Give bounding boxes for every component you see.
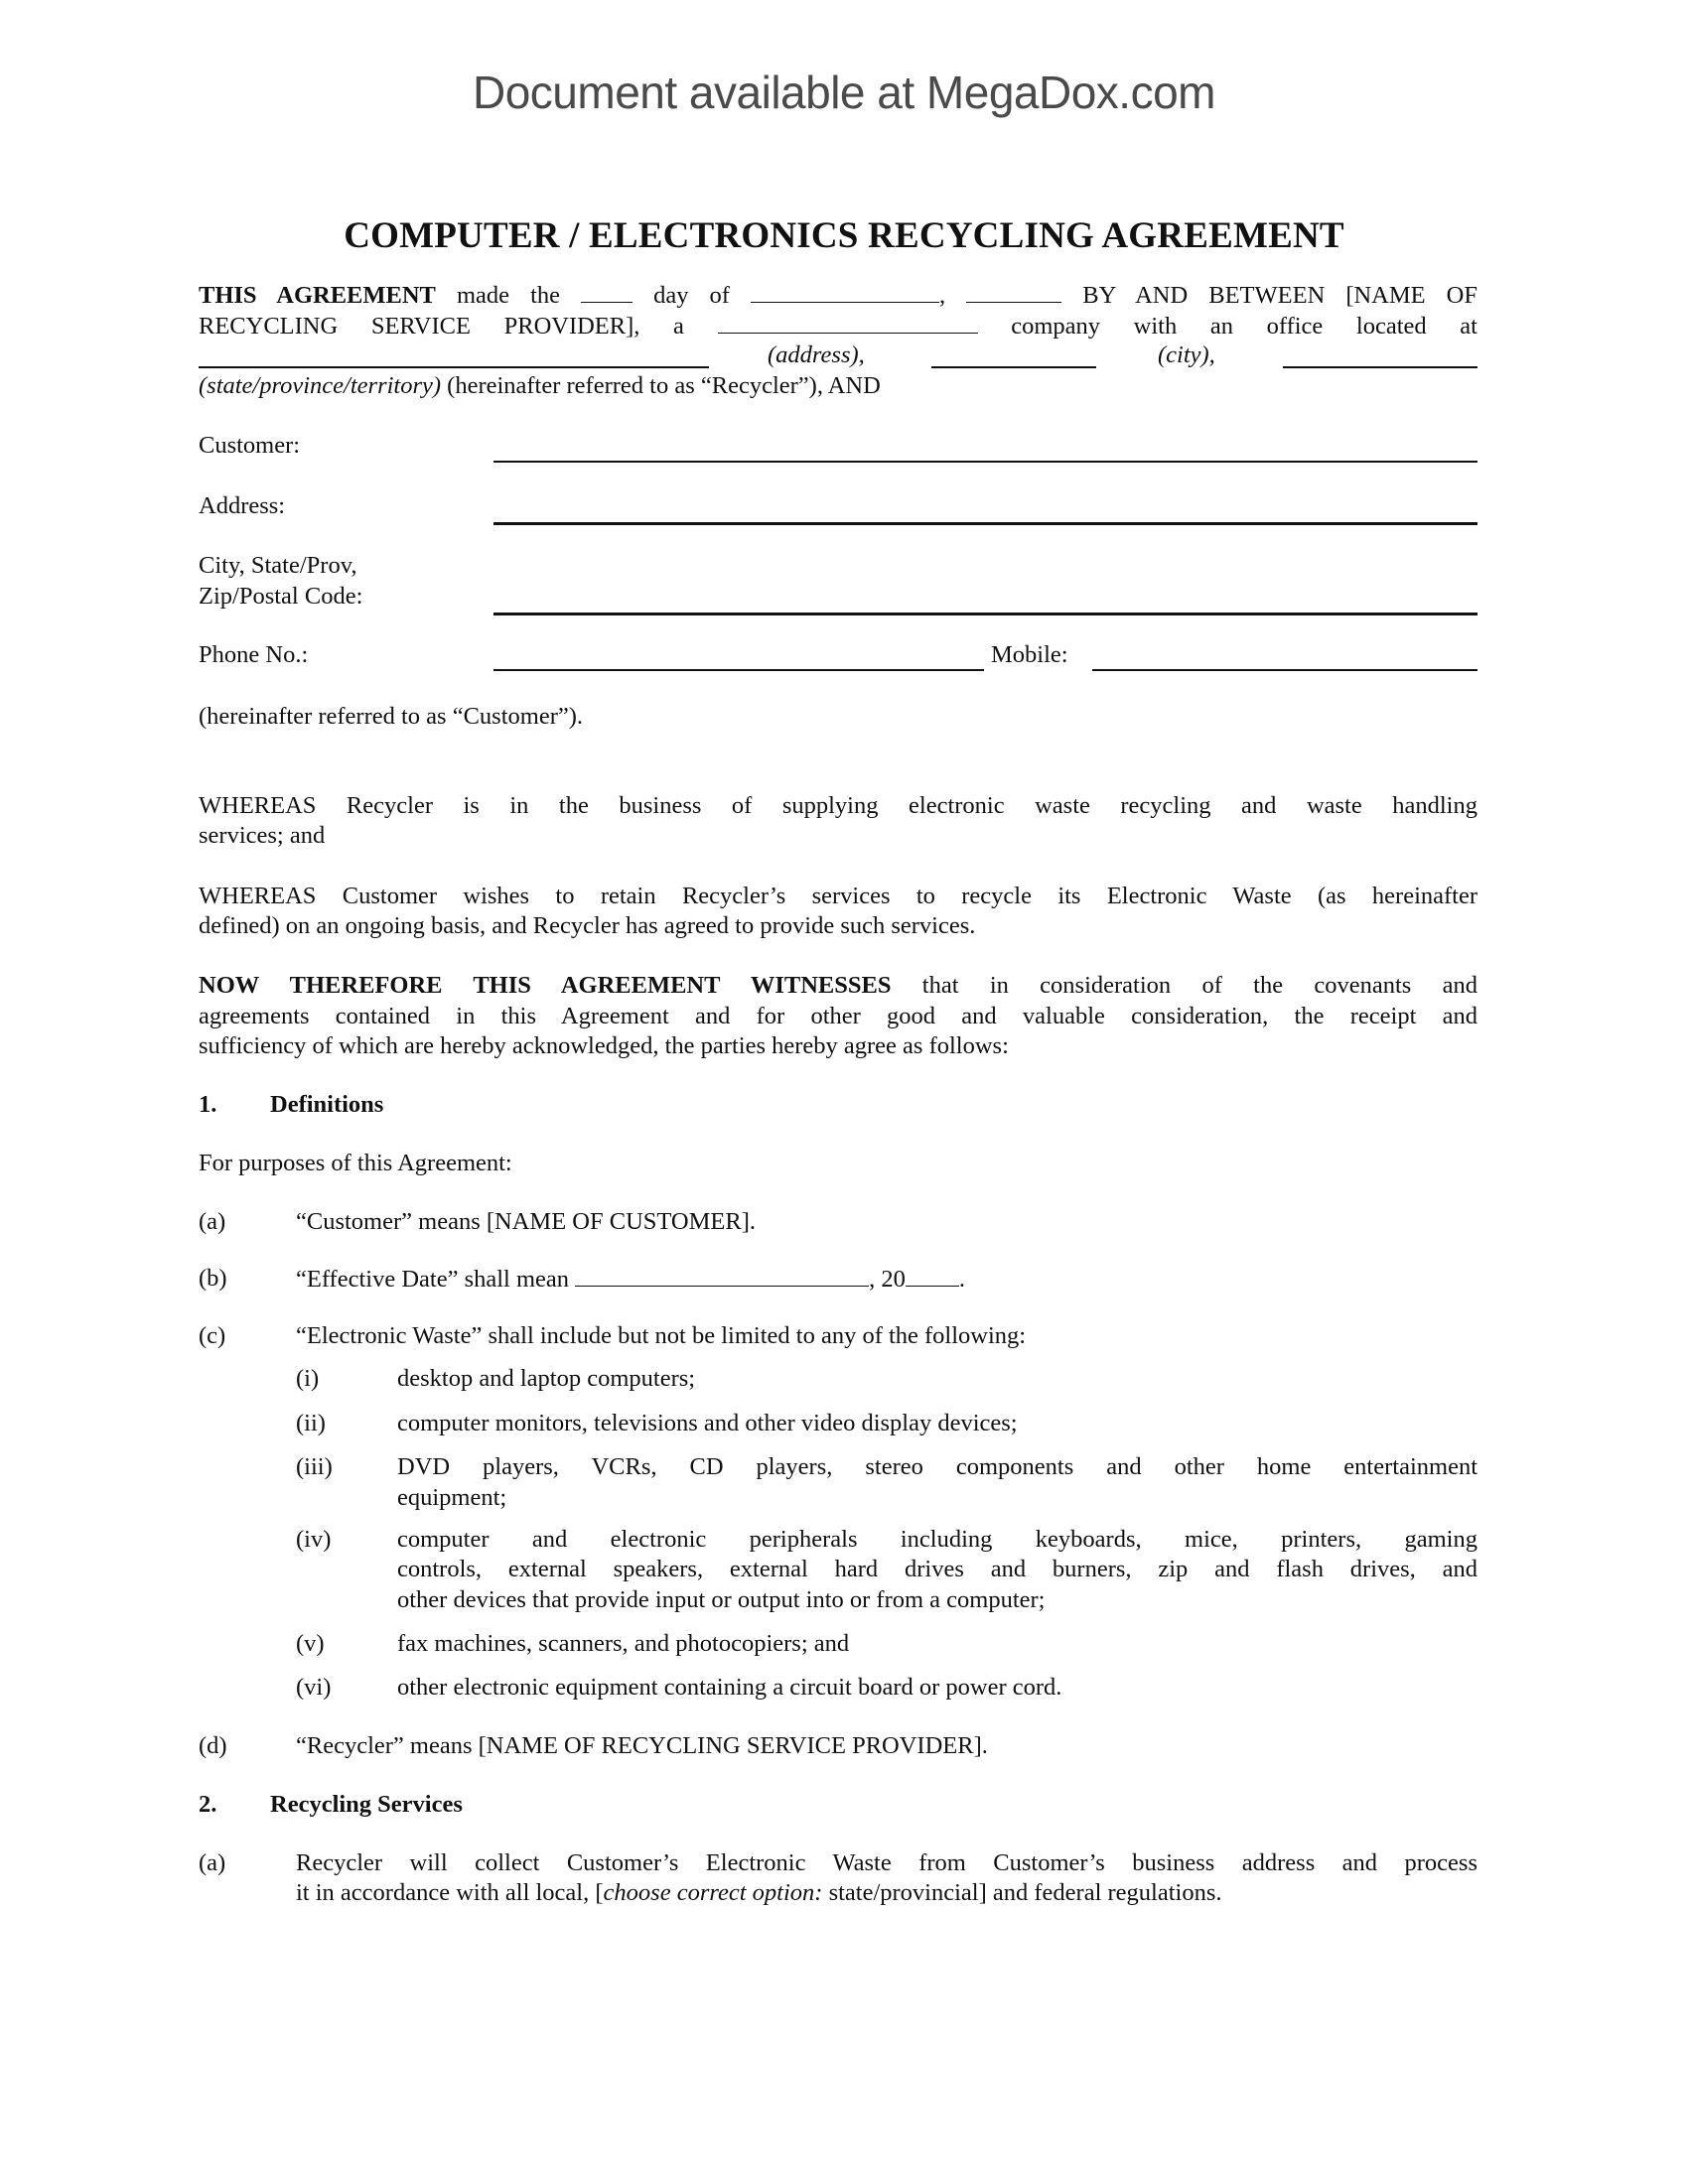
subitem-v-label: (v)	[296, 1629, 325, 1659]
definition-a-text: “Customer” means [NAME OF CUSTOMER].	[296, 1207, 756, 1237]
month-blank[interactable]	[751, 280, 939, 303]
city-blank[interactable]	[931, 366, 1096, 368]
subitem-vi-label: (vi)	[296, 1673, 331, 1703]
address-hint: (address),	[768, 341, 865, 370]
effective-year-blank[interactable]	[906, 1264, 959, 1287]
year-blank[interactable]	[966, 280, 1061, 303]
intro-line-2: RECYCLING SERVICE PROVIDER], a company w…	[199, 311, 1477, 341]
intro-line-4: (state/province/territory) (hereinafter …	[199, 371, 881, 401]
subitem-iii-line-2: equipment;	[397, 1483, 506, 1513]
city-state-zip-field[interactable]	[493, 613, 1477, 615]
address-blank[interactable]	[199, 366, 709, 368]
subitem-ii-text: computer monitors, televisions and other…	[397, 1409, 1018, 1438]
section-2-number: 2.	[199, 1790, 216, 1820]
mobile-label: Mobile:	[991, 640, 1068, 670]
mobile-field[interactable]	[1092, 669, 1477, 671]
subitem-ii-label: (ii)	[296, 1409, 326, 1438]
whereas-2-line-1: WHEREAS Customer wishes to retain Recycl…	[199, 882, 1477, 911]
definition-c-label: (c)	[199, 1321, 225, 1351]
address-label: Address:	[199, 491, 285, 521]
effective-date-blank[interactable]	[575, 1264, 869, 1287]
address-field[interactable]	[493, 522, 1477, 525]
service-a-line-2: it in accordance with all local, [choose…	[296, 1878, 1222, 1908]
section-2-heading: Recycling Services	[270, 1790, 463, 1820]
definition-a-label: (a)	[199, 1207, 225, 1237]
state-hint: (state/province/territory)	[199, 372, 441, 399]
subitem-iv-line-2: controls, external speakers, external ha…	[397, 1555, 1477, 1584]
intro-lead: THIS AGREEMENT	[199, 282, 436, 309]
subitem-iii-line-1: DVD players, VCRs, CD players, stereo co…	[397, 1452, 1477, 1482]
now-therefore-lead: NOW THEREFORE THIS AGREEMENT WITNESSES	[199, 972, 892, 999]
phone-label: Phone No.:	[199, 640, 308, 670]
megadox-watermark: Document available at MegaDox.com	[0, 66, 1688, 119]
whereas-1-line-2: services; and	[199, 821, 325, 851]
definition-d-label: (d)	[199, 1731, 227, 1761]
definitions-intro: For purposes of this Agreement:	[199, 1149, 512, 1178]
definition-b-text: “Effective Date” shall mean , 20.	[296, 1264, 965, 1294]
option-instruction: choose correct option:	[604, 1879, 823, 1906]
customer-field[interactable]	[493, 461, 1477, 463]
subitem-vi-text: other electronic equipment containing a …	[397, 1673, 1061, 1703]
city-state-label: City, State/Prov,	[199, 551, 356, 581]
service-a-label: (a)	[199, 1848, 225, 1878]
subitem-iv-line-3: other devices that provide input or outp…	[397, 1585, 1046, 1615]
subitem-iv-line-1: computer and electronic peripherals incl…	[397, 1525, 1477, 1555]
subitem-iv-label: (iv)	[296, 1525, 331, 1555]
whereas-2-line-2: defined) on an ongoing basis, and Recycl…	[199, 911, 975, 941]
section-1-number: 1.	[199, 1090, 216, 1120]
subitem-iii-label: (iii)	[296, 1452, 333, 1482]
subitem-i-label: (i)	[296, 1364, 319, 1394]
subitem-v-text: fax machines, scanners, and photocopiers…	[397, 1629, 849, 1659]
section-1-heading: Definitions	[270, 1090, 383, 1120]
city-hint: (city),	[1158, 341, 1215, 370]
jurisdiction-blank[interactable]	[718, 311, 978, 334]
service-a-line-1: Recycler will collect Customer’s Electro…	[296, 1848, 1477, 1878]
day-blank[interactable]	[581, 280, 633, 303]
whereas-1-line-1: WHEREAS Recycler is in the business of s…	[199, 791, 1477, 821]
definition-c-text: “Electronic Waste” shall include but not…	[296, 1321, 1026, 1351]
zip-postal-label: Zip/Postal Code:	[199, 582, 362, 612]
state-blank[interactable]	[1283, 366, 1477, 368]
definition-b-label: (b)	[199, 1264, 227, 1294]
document-title: COMPUTER / ELECTRONICS RECYCLING AGREEME…	[0, 214, 1688, 257]
customer-reference: (hereinafter referred to as “Customer”).	[199, 702, 583, 732]
intro-line-1: THIS AGREEMENT made the day of , BY AND …	[199, 280, 1477, 310]
definition-d-text: “Recycler” means [NAME OF RECYCLING SERV…	[296, 1731, 988, 1761]
phone-field[interactable]	[493, 669, 984, 671]
now-therefore-line-3: sufficiency of which are hereby acknowle…	[199, 1031, 1009, 1061]
customer-label: Customer:	[199, 431, 300, 461]
now-therefore-line-2: agreements contained in this Agreement a…	[199, 1002, 1477, 1031]
subitem-i-text: desktop and laptop computers;	[397, 1364, 695, 1394]
now-therefore-line-1: NOW THEREFORE THIS AGREEMENT WITNESSES t…	[199, 971, 1477, 1001]
